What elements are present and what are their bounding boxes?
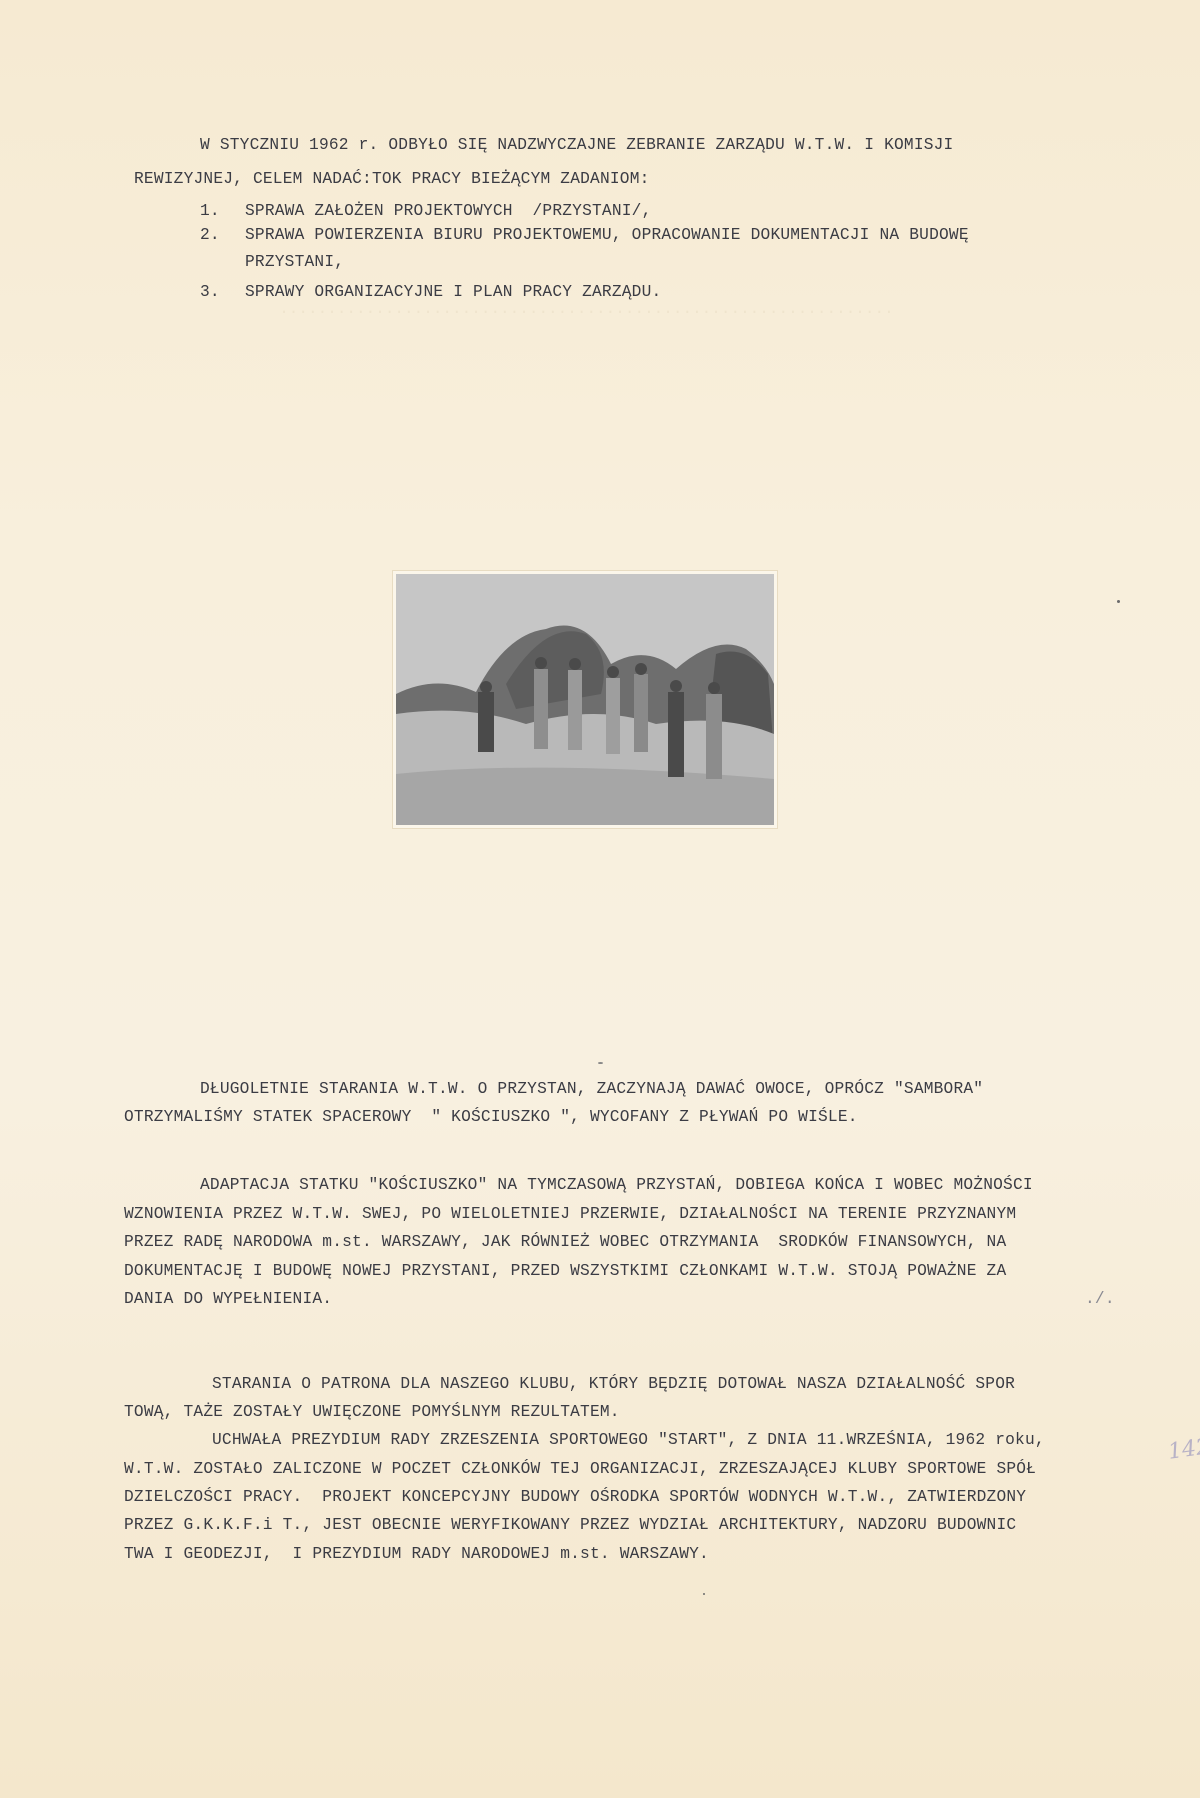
paragraph-1-line-2: OTRZYMALIŚMY STATEK SPACEROWY " KOŚCIUSZ…	[124, 1108, 858, 1126]
paper-speck	[703, 1593, 705, 1595]
paragraph-1-line-1: DŁUGOLETNIE STARANIA W.T.W. O PRZYSTAN, …	[200, 1080, 983, 1098]
paragraph-2-line-4: DOKUMENTACJĘ I BUDOWĘ NOWEJ PRZYSTANI, P…	[124, 1262, 1006, 1280]
handwritten-page-number: 142	[1166, 1434, 1200, 1465]
bleed-through-text: ........................................…	[260, 300, 894, 318]
intro-line-2: REWIZYJNEJ, CELEM NADAĆ:TOK PRACY BIEŻĄC…	[134, 170, 650, 188]
paragraph-4-line-1: UCHWAŁA PREZYDIUM RADY ZRZESZENIA SPORTO…	[212, 1431, 1045, 1449]
paragraph-2-line-3: PRZEZ RADĘ NARODOWA m.st. WARSZAWY, JAK …	[124, 1233, 1006, 1251]
ink-mark	[598, 1062, 603, 1064]
intro-line-1: W STYCZNIU 1962 r. ODBYŁO SIĘ NADZWYCZAJ…	[200, 136, 953, 154]
paper-speck	[1117, 600, 1120, 603]
item-1-text: SPRAWA ZAŁOŻEN PROJEKTOWYCH /PRZYSTANI/,	[245, 202, 651, 220]
group-photo	[393, 571, 777, 828]
paragraph-2-line-2: WZNOWIENIA PRZEZ W.T.W. SWEJ, PO WIELOLE…	[124, 1205, 1016, 1223]
photo-scene	[396, 574, 774, 825]
item-3-number: 3.	[200, 283, 220, 301]
paragraph-4-line-4: PRZEZ G.K.K.F.i T., JEST OBECNIE WERYFIK…	[124, 1516, 1016, 1534]
paragraph-4-line-5: TWA I GEODEZJI, I PREZYDIUM RADY NARODOW…	[124, 1545, 709, 1563]
paragraph-3-line-1: STARANIA O PATRONA DLA NASZEGO KLUBU, KT…	[212, 1375, 1015, 1393]
paragraph-2-line-1: ADAPTACJA STATKU "KOŚCIUSZKO" NA TYMCZAS…	[200, 1176, 1033, 1194]
paragraph-4-line-2: W.T.W. ZOSTAŁO ZALICZONE W POCZET CZŁONK…	[124, 1460, 1036, 1478]
item-1-number: 1.	[200, 202, 220, 220]
item-3-text: SPRAWY ORGANIZACYJNE I PLAN PRACY ZARZĄD…	[245, 283, 661, 301]
paragraph-3-line-2: TOWĄ, TAŻE ZOSTAŁY UWIĘCZONE POMYŚLNYM R…	[124, 1403, 620, 1421]
document-page: ........................................…	[0, 0, 1200, 1798]
continuation-mark: ./.	[1085, 1290, 1115, 1308]
item-2-continuation: PRZYSTANI,	[245, 253, 344, 271]
paragraph-2-line-5: DANIA DO WYPEŁNIENIA.	[124, 1290, 332, 1308]
photo-image	[396, 574, 774, 825]
item-2-text: SPRAWA POWIERZENIA BIURU PROJEKTOWEMU, O…	[245, 226, 969, 244]
item-2-number: 2.	[200, 226, 220, 244]
paragraph-4-line-3: DZIELCZOŚCI PRACY. PROJEKT KONCEPCYJNY B…	[124, 1488, 1026, 1506]
